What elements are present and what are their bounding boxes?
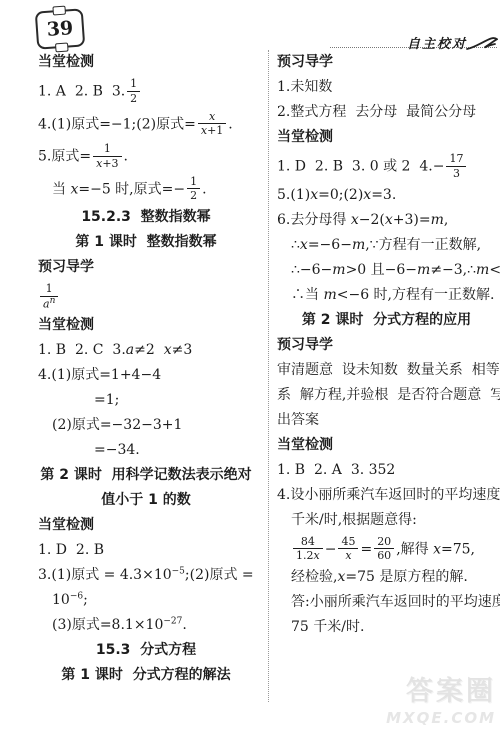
fraction: 1x+3 [93,142,121,171]
section-heading: 当堂检测 [277,127,496,148]
section-heading: 值小于 1 的数 [38,490,254,511]
section-heading: 第 1 课时 整数指数幂 [38,232,254,253]
answer-line: 841.2x−45x=2060,解得 x=75, [277,535,496,564]
fraction: 2060 [374,535,394,564]
right-column: 预习导学1.未知数2.整式方程 去分母 最简公分母当堂检测1. D 2. B 3… [277,52,496,642]
watermark-site: MXQE.COM [386,709,496,727]
fraction: 12 [127,77,140,106]
fraction: 173 [446,152,466,181]
section-heading: 当堂检测 [38,52,254,73]
badge-tab-bottom [55,42,69,52]
watermark-logo: 答案圈 [386,669,496,708]
answer-line: 1.未知数 [277,77,496,98]
section-heading: 第 2 课时 用科学记数法表示绝对 [38,465,254,486]
answer-line: ∴当 m<−6 时,方程有一正数解. [277,285,496,306]
section-heading: 15.2.3 整数指数幂 [38,207,254,228]
fraction: 45x [338,535,358,564]
answer-line: 出答案 [277,410,496,431]
watermark: 答案圈 MXQE.COM [386,669,496,727]
answer-line: ∴−6−m>0 且−6−m≠−3,∴m<−6, [277,260,496,281]
answer-line: (2)原式=−32−3+1 [38,415,254,436]
answer-line: 系 解方程,并验根 是否符合题意 写 [277,385,496,406]
section-heading: 当堂检测 [38,315,254,336]
section-heading: 预习导学 [277,52,496,73]
answer-line: 6.去分母得 x−2(x+3)=m, [277,210,496,231]
answer-line: 审清题意 设未知数 数量关系 相等关 [277,360,496,381]
column-divider [268,50,269,702]
answer-line: (3)原式=8.1×10−27. [38,615,254,636]
workbook-answer-page: 39 自主校对 当堂检测1. A 2. B 3.124.(1)原式=−1;(2)… [0,0,500,735]
answer-line: =1; [38,390,254,411]
answer-line: 当 x=−5 时,原式=−12. [38,175,254,204]
page-number-badge: 39 [35,8,86,49]
section-heading: 15.3 分式方程 [38,640,254,661]
answer-line: 1an [38,282,254,311]
answer-line: 5.原式=1x+3. [38,142,254,171]
answer-line: 4.(1)原式=1+4−4 [38,365,254,386]
badge-tab-top [52,6,66,16]
answer-line: 10−6; [38,590,254,611]
section-heading: 预习导学 [38,257,254,278]
answer-line: 经检验,x=75 是原方程的解. [277,567,496,588]
answer-line: =−34. [38,440,254,461]
section-heading: 当堂检测 [38,515,254,536]
answer-line: 3.(1)原式 = 4.3×10−5;(2)原式 = [38,565,254,586]
fraction: 12 [187,175,200,204]
answer-line: 答:小丽所乘汽车返回时的平均速度是 [277,592,496,613]
fraction: 841.2x [293,535,323,564]
answer-line: 4.设小丽所乘汽车返回时的平均速度是 x [277,485,496,506]
answer-line: 1. D 2. B [38,540,254,561]
answer-line: 1. A 2. B 3.12 [38,77,254,106]
answer-line: 1. B 2. C 3.a≠2 x≠3 [38,340,254,361]
answer-line: 4.(1)原式=−1;(2)原式=xx+1. [38,110,254,139]
section-heading: 第 1 课时 分式方程的解法 [38,665,254,686]
answer-line: 75 千米/时. [277,617,496,638]
left-column: 当堂检测1. A 2. B 3.124.(1)原式=−1;(2)原式=xx+1.… [38,52,254,690]
page-number: 39 [46,17,74,41]
fraction: xx+1 [198,110,226,139]
answer-line: 2.整式方程 去分母 最简公分母 [277,102,496,123]
answer-line: ∴x=−6−m,∵方程有一正数解, [277,235,496,256]
self-check-label: 自主校对 [407,33,467,52]
section-heading: 当堂检测 [277,435,496,456]
fraction: 1an [40,282,58,311]
section-heading: 第 2 课时 分式方程的应用 [277,310,496,331]
answer-line: 千米/时,根据题意得: [277,510,496,531]
answer-line: 1. D 2. B 3. 0 或 2 4.−173 [277,152,496,181]
section-heading: 预习导学 [277,335,496,356]
answer-line: 5.(1)x=0;(2)x=3. [277,185,496,206]
answer-line: 1. B 2. A 3. 352 [277,460,496,481]
